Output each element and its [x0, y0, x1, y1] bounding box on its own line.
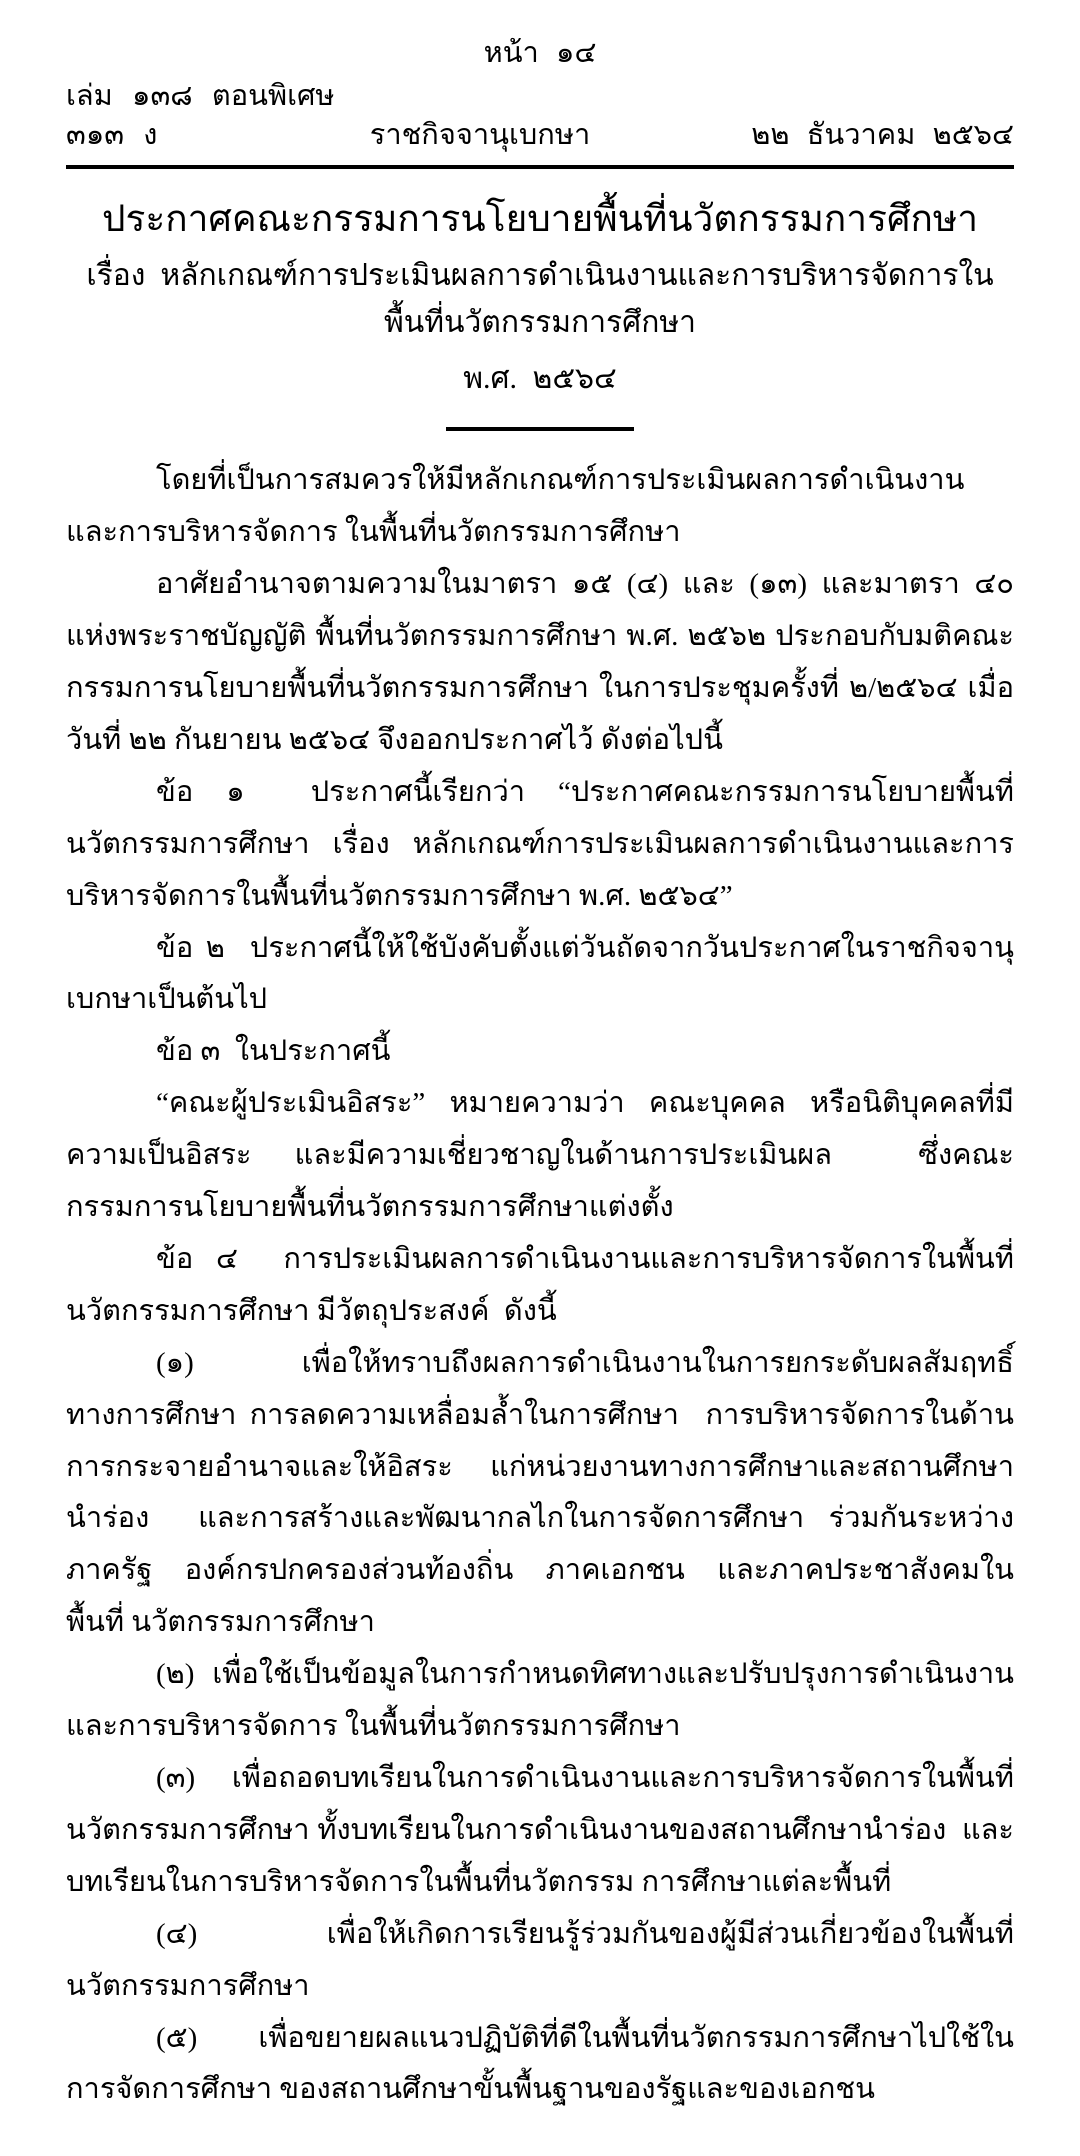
paragraph: “คณะผู้ประเมินอิสระ” หมายความว่า คณะบุคค… [66, 1078, 1014, 1234]
paragraph: (๔) เพื่อให้เกิดการเรียนรู้ร่วมกันของผู้… [66, 1909, 1014, 2013]
publication-date: ๒๒ ธันวาคม ๒๕๖๔ [710, 116, 1014, 155]
volume-info: เล่ม ๑๓๘ ตอนพิเศษ ๓๑๓ ง [66, 77, 370, 155]
paragraph: ข้อ ๑ ประกาศนี้เรียกว่า “ประกาศคณะกรรมกา… [66, 767, 1014, 923]
gazette-page: หน้า ๑๔ เล่ม ๑๓๘ ตอนพิเศษ ๓๑๓ ง ราชกิจจา… [0, 0, 1080, 2156]
paragraph: (๕) เพื่อขยายผลแนวปฏิบัติที่ดีในพื้นที่น… [66, 2013, 1014, 2117]
paragraph: (๓) เพื่อถอดบทเรียนในการดำเนินงานและการบ… [66, 1753, 1014, 1909]
paragraph: (๒) เพื่อใช้เป็นข้อมูลในการกำหนดทิศทางแล… [66, 1649, 1014, 1753]
paragraph: ข้อ ๔ การประเมินผลการดำเนินงานและการบริห… [66, 1234, 1014, 1338]
gazette-name: ราชกิจจานุเบกษา [370, 116, 710, 155]
page-number: หน้า ๑๔ [66, 34, 1014, 73]
paragraph: อาศัยอำนาจตามความในมาตรา ๑๕ (๔) และ (๑๓)… [66, 559, 1014, 767]
paragraph: (๑) เพื่อให้ทราบถึงผลการดำเนินงานในการยก… [66, 1338, 1014, 1649]
announcement-year: พ.ศ. ๒๕๖๔ [66, 356, 1014, 401]
title-block: ประกาศคณะกรรมการนโยบายพื้นที่นวัตกรรมการ… [66, 195, 1014, 431]
announcement-subject: เรื่อง หลักเกณฑ์การประเมินผลการดำเนินงาน… [66, 253, 1014, 346]
paragraph: ข้อ ๓ ในประกาศนี้ [66, 1026, 1014, 1078]
paragraph: โดยที่เป็นการสมควรให้มีหลักเกณฑ์การประเม… [66, 455, 1014, 559]
masthead: เล่ม ๑๓๘ ตอนพิเศษ ๓๑๓ ง ราชกิจจานุเบกษา … [66, 77, 1014, 169]
announcement-title: ประกาศคณะกรรมการนโยบายพื้นที่นวัตกรรมการ… [66, 195, 1014, 245]
title-divider-rule [446, 427, 634, 431]
paragraph: ข้อ ๒ ประกาศนี้ให้ใช้บังคับตั้งแต่วันถัด… [66, 923, 1014, 1027]
document-body: โดยที่เป็นการสมควรให้มีหลักเกณฑ์การประเม… [66, 455, 1014, 2116]
